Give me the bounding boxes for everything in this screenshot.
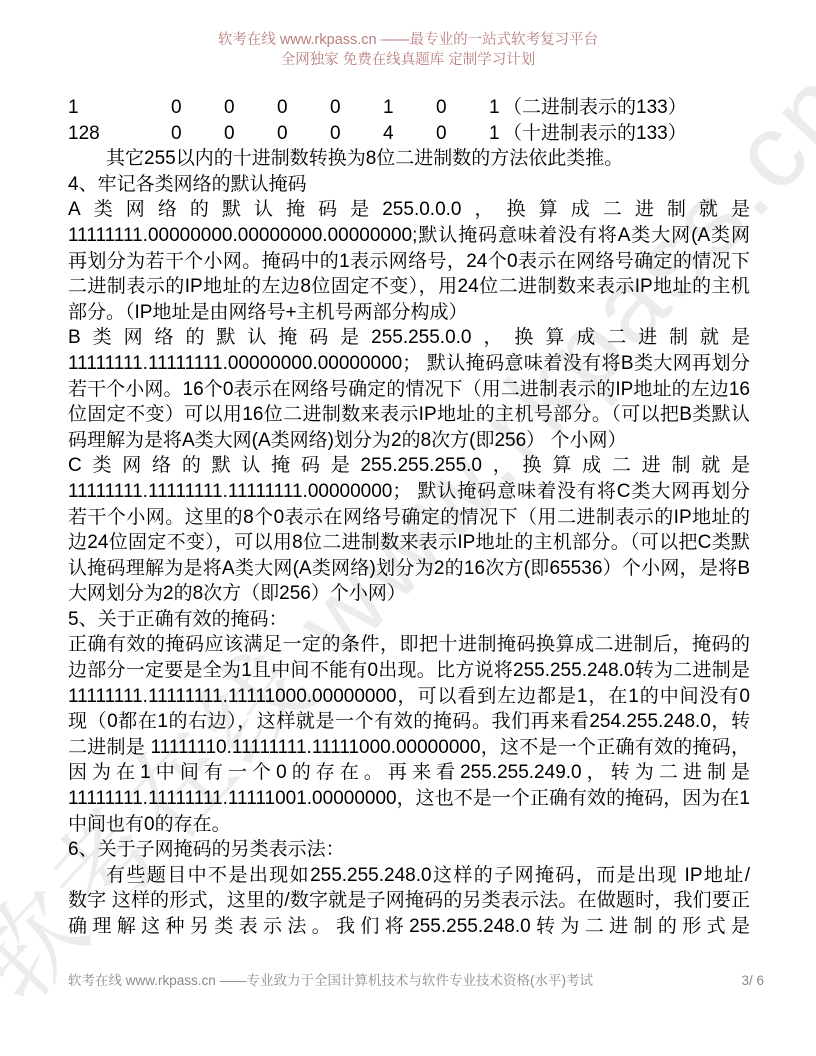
text-line: 大网划分为2的8次方（即256）个小网） — [68, 581, 750, 607]
header-line-1: 软考在线 www.rkpass.cn ——最专业的一站式软考复习平台 — [0, 30, 816, 50]
table-cell: 0 — [277, 121, 330, 147]
text-line: 部分。（IP地址是由网络号+主机号两部分构成） — [68, 300, 750, 326]
text-line: C类网络的默认掩码是255.255.255.0，换算成二进制就是 — [68, 453, 750, 479]
text-line: 再划分为若干个小网。掩码中的1表示网络号，24个0表示在网络号确定的情况下（用 — [68, 249, 750, 275]
header-line-2: 全网独家 免费在线真题库 定制学习计划 — [0, 50, 816, 70]
table-cell: 0 — [171, 95, 224, 121]
table-cell: 0 — [171, 121, 224, 147]
text-line: 11111111.11111111.11111000.00000000，可以看到… — [68, 684, 750, 710]
text-line: 现（0都在1的右边），这样就是一个有效的掩码。我们再来看254.255.248.… — [68, 709, 750, 735]
text-line: 11111111.11111111.00000000.00000000； 默认掩… — [68, 351, 750, 377]
page-footer: 软考在线 www.rkpass.cn ——专业致力于全国计算机技术与软件专业技术… — [68, 972, 764, 990]
table-cell: 0 — [330, 95, 383, 121]
text-line: 边24位固定不变），可以用8位二进制数来表示IP地址的主机部分。（可以把C类默 — [68, 530, 750, 556]
table-cell: 128 — [68, 121, 171, 147]
table-cell: 4 — [383, 121, 436, 147]
text-line: 11111111.11111111.11111001.00000000，这也不是… — [68, 786, 750, 812]
footer-text: 软考在线 www.rkpass.cn ——专业致力于全国计算机技术与软件专业技术… — [68, 972, 593, 990]
text-line: B类网络的默认掩码是255.255.0.0，换算成二进制就是 — [68, 325, 750, 351]
text-line: 因为在1中间有一个0的存在。再来看255.255.249.0，转为二进制是 — [68, 760, 750, 786]
table-cell: 0 — [436, 95, 489, 121]
table-cell: 0 — [330, 121, 383, 147]
text-line: 位固定不变）可以用16位二进制数来表示IP地址的主机号部分。（可以把B类默认掩 — [68, 402, 750, 428]
text-line: A类网络的默认掩码是255.0.0.0，换算成二进制就是 — [68, 197, 750, 223]
text-line: 认掩码理解为是将A类大网(A类网络)划分为2的16次方(即65536）个小网，是… — [68, 556, 750, 582]
table-cell: 1 — [383, 95, 436, 121]
table-row-note: （十进制表示的133） — [503, 121, 687, 147]
table-row: 10000101（二进制表示的133） — [68, 95, 750, 121]
table-cell: 0 — [436, 121, 489, 147]
page-header: 软考在线 www.rkpass.cn ——最专业的一站式软考复习平台 全网独家 … — [0, 30, 816, 70]
text-line: 若干个小网。16个0表示在网络号确定的情况下（用二进制表示的IP地址的左边16 — [68, 377, 750, 403]
text-line: 若干个小网。这里的8个0表示在网络号确定的情况下（用二进制表示的IP地址的左 — [68, 505, 750, 531]
table-cell: 1 — [489, 95, 503, 121]
text-line: 确理解这种另类表示法。我们将255.255.248.0转为二进制的形式是 — [68, 914, 750, 940]
content-lines: 其它255以内的十进制数转换为8位二进制数的方法依此类推。4、牢记各类网络的默认… — [68, 146, 750, 939]
document-body: 10000101（二进制表示的133）1280000401（十进制表示的133）… — [68, 95, 750, 940]
text-line: 数字 这样的形式，这里的/数字就是子网掩码的另类表示法。在做题时，我们要正 — [68, 888, 750, 914]
table-cell: 0 — [277, 95, 330, 121]
table-row-note: （二进制表示的133） — [503, 95, 687, 121]
text-line: 11111111.11111111.11111111.00000000； 默认掩… — [68, 479, 750, 505]
text-line: 二进制是 11111110.11111111.11111000.00000000… — [68, 735, 750, 761]
text-line: 11111111.00000000.00000000.00000000;默认掩码… — [68, 223, 750, 249]
conversion-table: 10000101（二进制表示的133）1280000401（十进制表示的133） — [68, 95, 750, 146]
text-line: 边部分一定要是全为1且中间不能有0出现。比方说将255.255.248.0转为二… — [68, 658, 750, 684]
text-line: 5、关于正确有效的掩码： — [68, 607, 750, 633]
text-line: 其它255以内的十进制数转换为8位二进制数的方法依此类推。 — [68, 146, 750, 172]
table-cell: 1 — [68, 95, 171, 121]
text-line: 中间也有0的存在。 — [68, 812, 750, 838]
text-line: 有些题目中不是出现如255.255.248.0这样的子网掩码，而是出现 IP地址… — [68, 863, 750, 889]
page-number: 3/ 6 — [741, 972, 764, 990]
text-line: 4、牢记各类网络的默认掩码 — [68, 172, 750, 198]
text-line: 码理解为是将A类大网(A类网络)划分为2的8次方(即256） 个小网） — [68, 428, 750, 454]
text-line: 6、关于子网掩码的另类表示法： — [68, 837, 750, 863]
table-cell: 1 — [489, 121, 503, 147]
table-cell: 0 — [224, 121, 277, 147]
table-cell: 0 — [224, 95, 277, 121]
text-line: 二进制表示的IP地址的左边8位固定不变），用24位二进制数来表示IP地址的主机号 — [68, 274, 750, 300]
table-row: 1280000401（十进制表示的133） — [68, 121, 750, 147]
text-line: 正确有效的掩码应该满足一定的条件，即把十进制掩码换算成二进制后，掩码的左 — [68, 632, 750, 658]
